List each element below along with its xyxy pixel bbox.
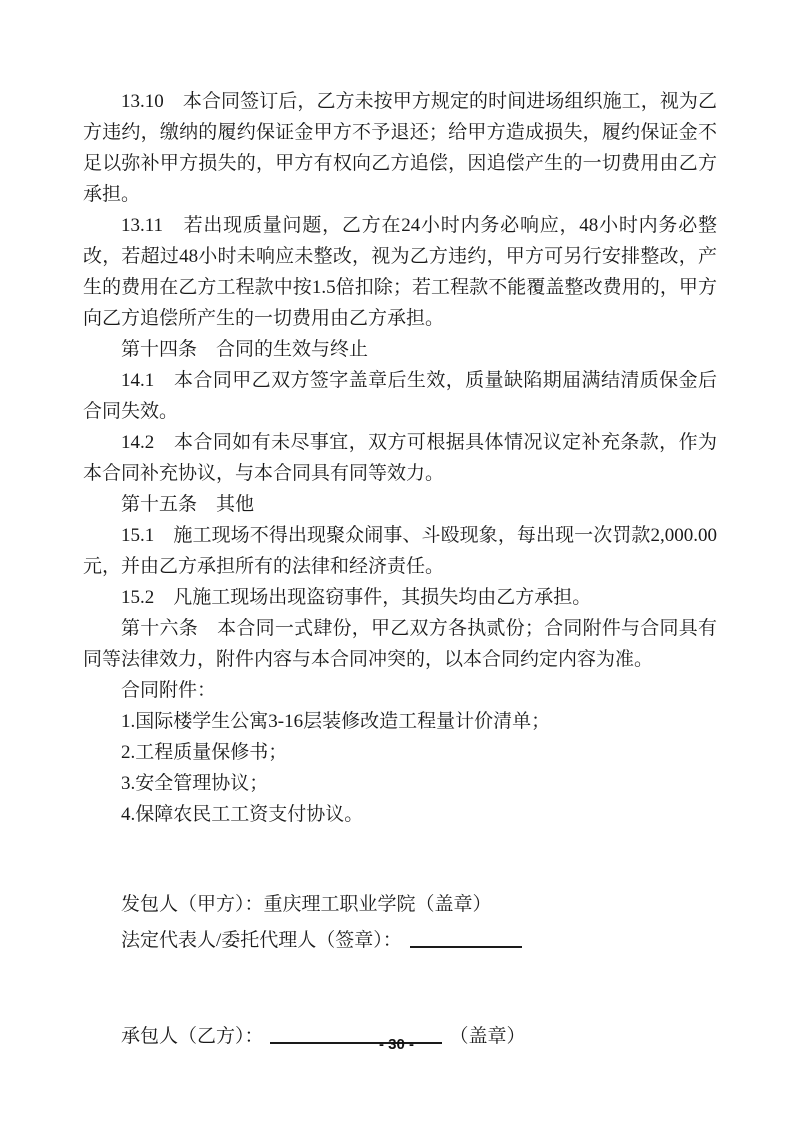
- page-number: - 30 -: [379, 1036, 414, 1053]
- contract-paragraph: 13.11 若出现质量问题，乙方在24小时内务必响应，48小时内务必整改，若超过…: [83, 210, 717, 334]
- contract-paragraph: 2.工程质量保修书；: [83, 737, 717, 768]
- contract-body: 13.10 本合同签订后，乙方未按甲方规定的时间进场组织施工，视为乙方违约，缴纳…: [83, 86, 717, 830]
- party-a-seal: （盖章）: [416, 894, 492, 915]
- party-a-label: 发包人（甲方）：: [121, 894, 264, 915]
- signature-block-party-a: 发包人（甲方）：重庆理工职业学院（盖章） 法定代表人/委托代理人（签章）：: [83, 887, 717, 959]
- contract-paragraph: 合同附件：: [83, 675, 717, 706]
- party-a-line: 发包人（甲方）：重庆理工职业学院（盖章）: [83, 887, 717, 923]
- contract-paragraph: 15.1 施工现场不得出现聚众闹事、斗殴现象，每出现一次罚款2,000.00元，…: [83, 520, 717, 582]
- contract-paragraph: 4.保障农民工工资支付协议。: [83, 799, 717, 830]
- contract-paragraph: 14.2 本合同如有未尽事宜，双方可根据具体情况议定补充条款，作为本合同补充协议…: [83, 427, 717, 489]
- contract-paragraph: 14.1 本合同甲乙双方签字盖章后生效，质量缺陷期届满结清质保金后合同失效。: [83, 365, 717, 427]
- contract-page: 13.10 本合同签订后，乙方未按甲方规定的时间进场组织施工，视为乙方违约，缴纳…: [0, 0, 793, 1122]
- contract-paragraph: 3.安全管理协议；: [83, 768, 717, 799]
- representative-line: 法定代表人/委托代理人（签章）：: [83, 923, 717, 959]
- contract-paragraph: 13.10 本合同签订后，乙方未按甲方规定的时间进场组织施工，视为乙方违约，缴纳…: [83, 86, 717, 210]
- contract-paragraph: 第十六条 本合同一式肆份，甲乙双方各执贰份；合同附件与合同具有同等法律效力，附件…: [83, 613, 717, 675]
- party-a-name: 重庆理工职业学院: [264, 894, 416, 915]
- contract-paragraph: 1.国际楼学生公寓3-16层装修改造工程量计价清单；: [83, 706, 717, 737]
- contract-content: 13.10 本合同签订后，乙方未按甲方规定的时间进场组织施工，视为乙方违约，缴纳…: [83, 86, 717, 1055]
- section-heading: 第十五条 其他: [83, 489, 717, 520]
- representative-label: 法定代表人/委托代理人（签章）：: [121, 930, 402, 951]
- section-heading: 第十四条 合同的生效与终止: [83, 334, 717, 365]
- representative-signature-blank: [410, 932, 522, 948]
- page-footer: - 30 -: [0, 1036, 793, 1053]
- contract-paragraph: 15.2 凡施工现场出现盗窃事件，其损失均由乙方承担。: [83, 582, 717, 613]
